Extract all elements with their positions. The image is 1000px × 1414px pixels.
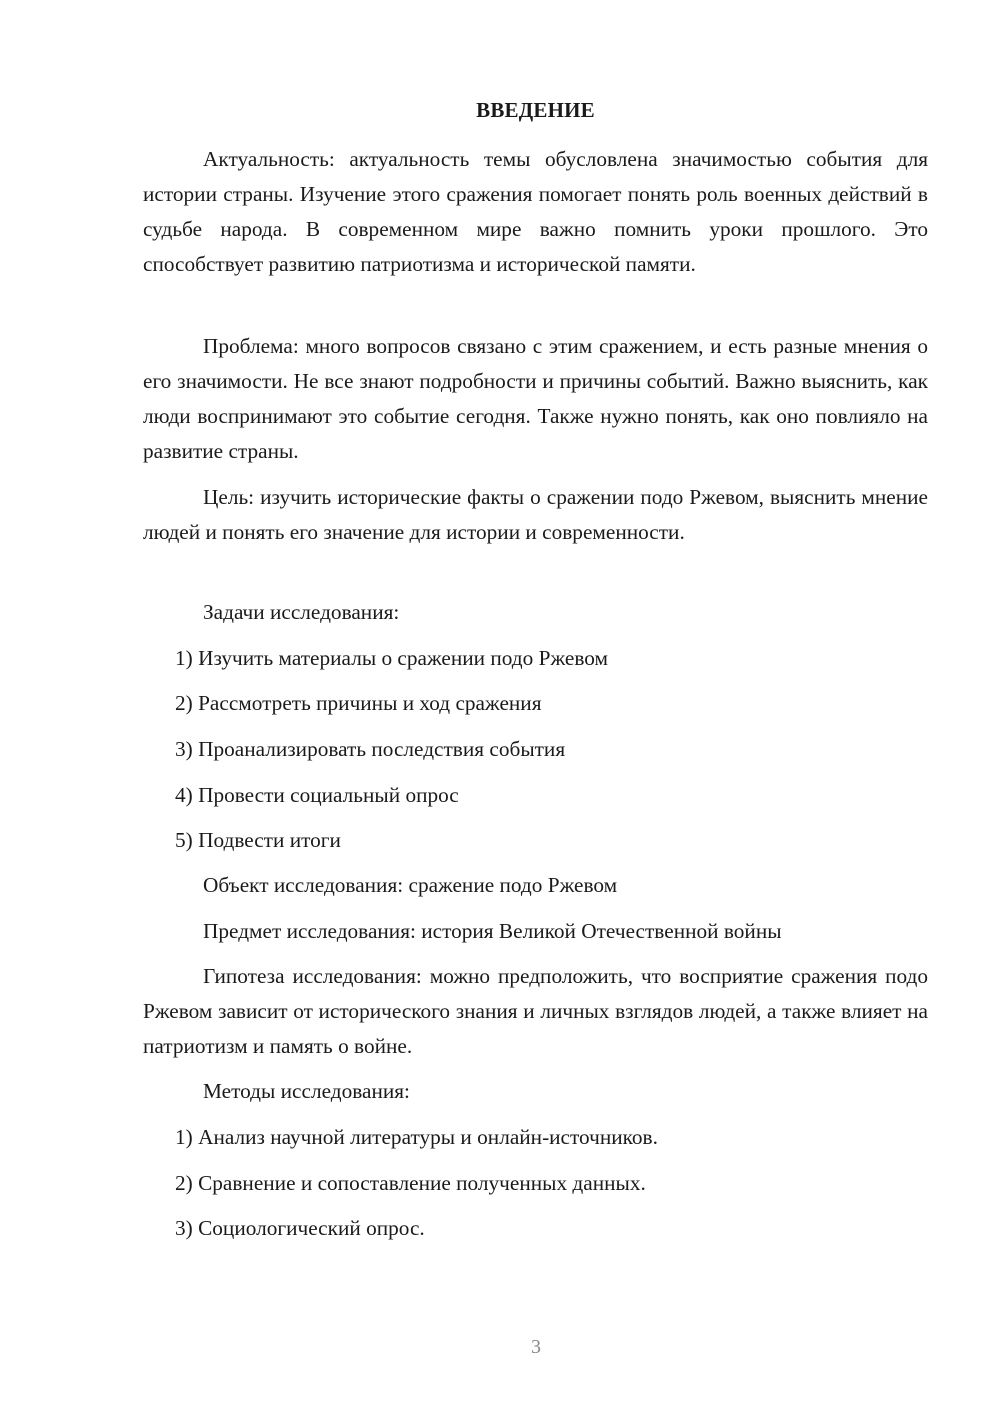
paragraph-hypothesis: Гипотеза исследования: можно предположит…	[143, 959, 928, 1064]
method-item: 1) Анализ научной литературы и онлайн-ис…	[175, 1120, 658, 1155]
paragraph-goal: Цель: изучить исторические факты о сраже…	[143, 480, 928, 550]
paragraph-relevance: Актуальность: актуальность темы обусловл…	[143, 142, 928, 282]
methods-heading: Методы исследования:	[203, 1074, 410, 1109]
task-item: 3) Проанализировать последствия события	[175, 732, 565, 767]
task-item: 4) Провести социальный опрос	[175, 778, 459, 813]
research-subject: Предмет исследования: история Великой От…	[203, 914, 782, 949]
section-title: ВВЕДЕНИЕ	[143, 96, 928, 124]
page-number: 3	[0, 1334, 1000, 1360]
method-item: 3) Социологический опрос.	[175, 1211, 425, 1246]
task-item: 2) Рассмотреть причины и ход сражения	[175, 686, 542, 721]
method-item: 2) Сравнение и сопоставление полученных …	[175, 1166, 646, 1201]
task-item: 5) Подвести итоги	[175, 823, 341, 858]
task-item: 1) Изучить материалы о сражении подо Рже…	[175, 641, 608, 676]
paragraph-problem: Проблема: много вопросов связано с этим …	[143, 329, 928, 469]
research-object: Объект исследования: сражение подо Ржево…	[203, 868, 617, 903]
tasks-heading: Задачи исследования:	[203, 595, 399, 630]
